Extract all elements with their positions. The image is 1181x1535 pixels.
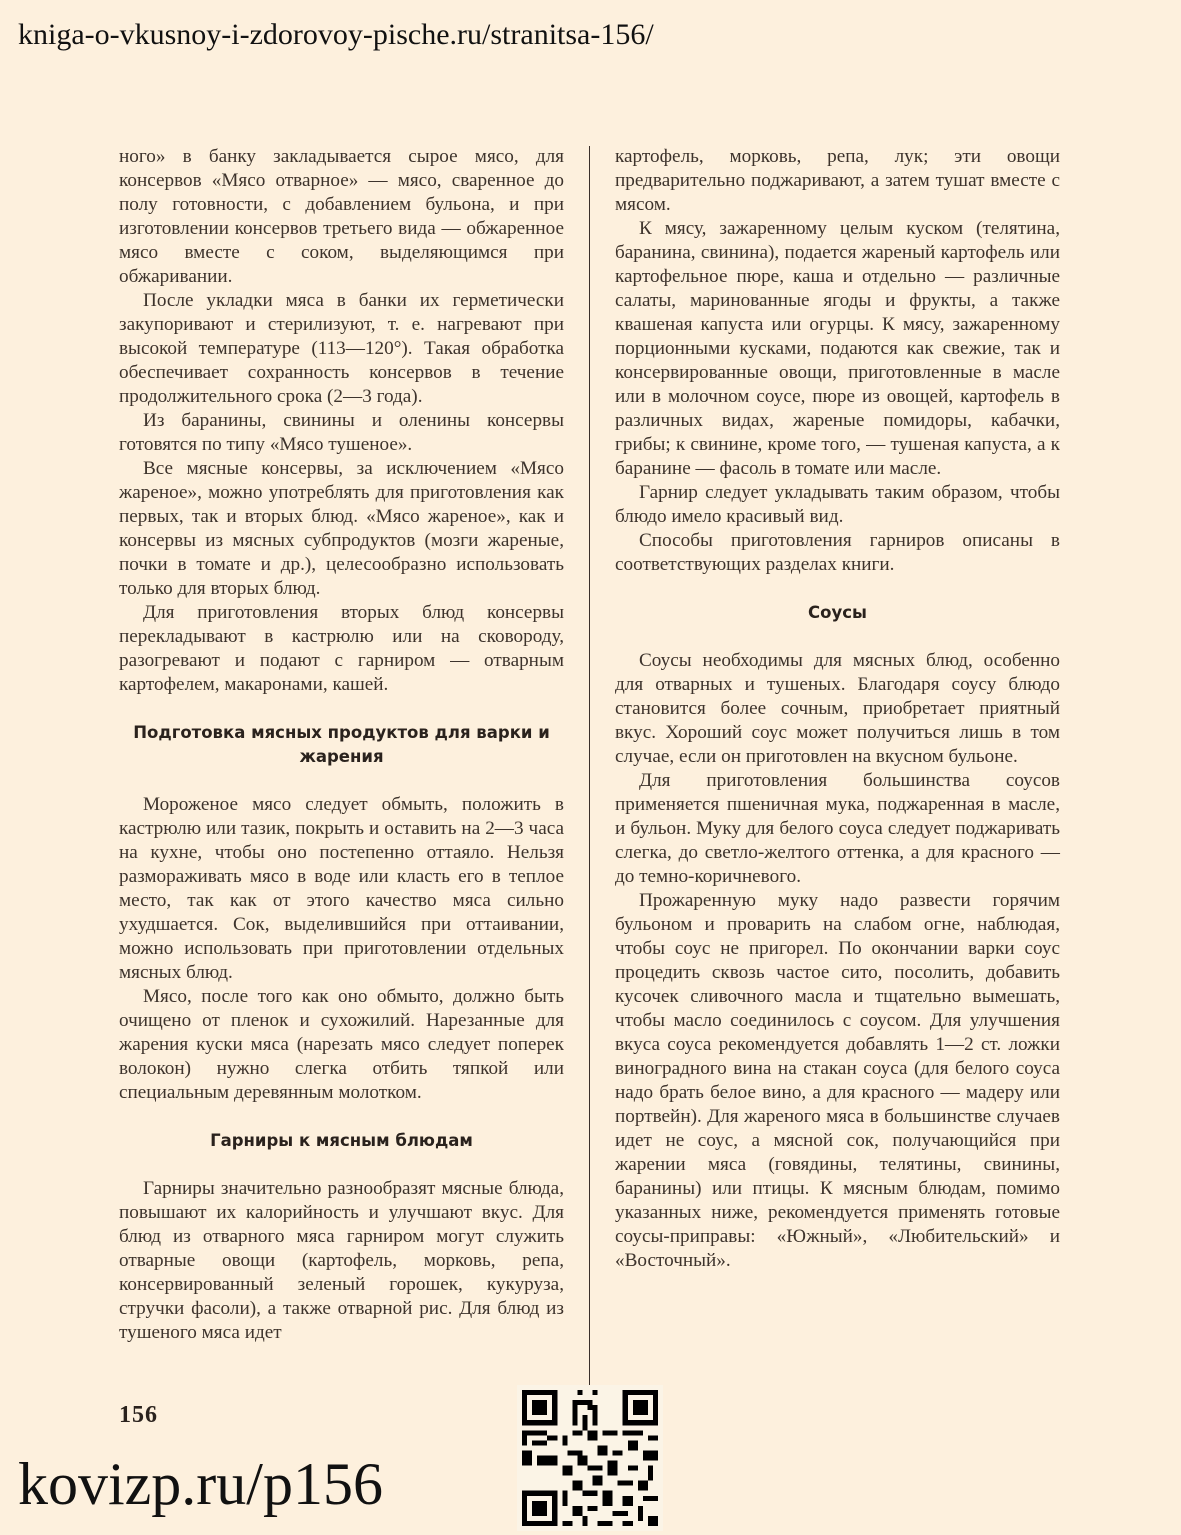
paragraph: Соусы необходимы для мясных блюд, особен… bbox=[615, 649, 1060, 769]
page-url-header[interactable]: kniga-o-vkusnoy-i-zdorovoy-pische.ru/str… bbox=[18, 18, 654, 52]
page-number: 156 bbox=[119, 1402, 158, 1429]
column-divider bbox=[589, 146, 590, 1386]
section-heading-meat-preparation: Подготовка мясных продуктов для варки и … bbox=[119, 721, 564, 769]
qr-code-graphic bbox=[517, 1385, 663, 1531]
left-text-column: ного» в банку закладывается сырое мясо, … bbox=[119, 145, 564, 1345]
section-heading-garnishes: Гарниры к мясным блюдам bbox=[119, 1129, 564, 1153]
paragraph: ного» в банку закладывается сырое мясо, … bbox=[119, 145, 564, 289]
paragraph: Прожаренную муку надо развести горячим б… bbox=[615, 889, 1060, 1273]
paragraph: картофель, морковь, репа, лук; эти овощи… bbox=[615, 145, 1060, 217]
paragraph: Все мясные консервы, за исключением «Мяс… bbox=[119, 457, 564, 601]
paragraph: К мясу, зажаренному целым куском (теляти… bbox=[615, 217, 1060, 481]
paragraph: Мороженое мясо следует обмыть, положить … bbox=[119, 793, 564, 985]
paragraph: Гарнир следует укладывать таким образом,… bbox=[615, 481, 1060, 529]
paragraph: Мясо, после того как оно обмыто, должно … bbox=[119, 985, 564, 1105]
section-heading-sauces: Соусы bbox=[615, 601, 1060, 625]
paragraph: Для приготовления вторых блюд консервы п… bbox=[119, 601, 564, 697]
paragraph: Способы приготовления гарниров описаны в… bbox=[615, 529, 1060, 577]
paragraph: Из баранины, свинины и оленины консервы … bbox=[119, 409, 564, 457]
qr-code-icon[interactable] bbox=[517, 1385, 663, 1531]
paragraph: Гарниры значительно разнообразят мясные … bbox=[119, 1177, 564, 1345]
short-url-link[interactable]: kovizp.ru/p156 bbox=[18, 1448, 383, 1520]
paragraph: После укладки мяса в банки их герметичес… bbox=[119, 289, 564, 409]
paragraph: Для приготовления большинства соусов при… bbox=[615, 769, 1060, 889]
right-text-column: картофель, морковь, репа, лук; эти овощи… bbox=[615, 145, 1060, 1273]
